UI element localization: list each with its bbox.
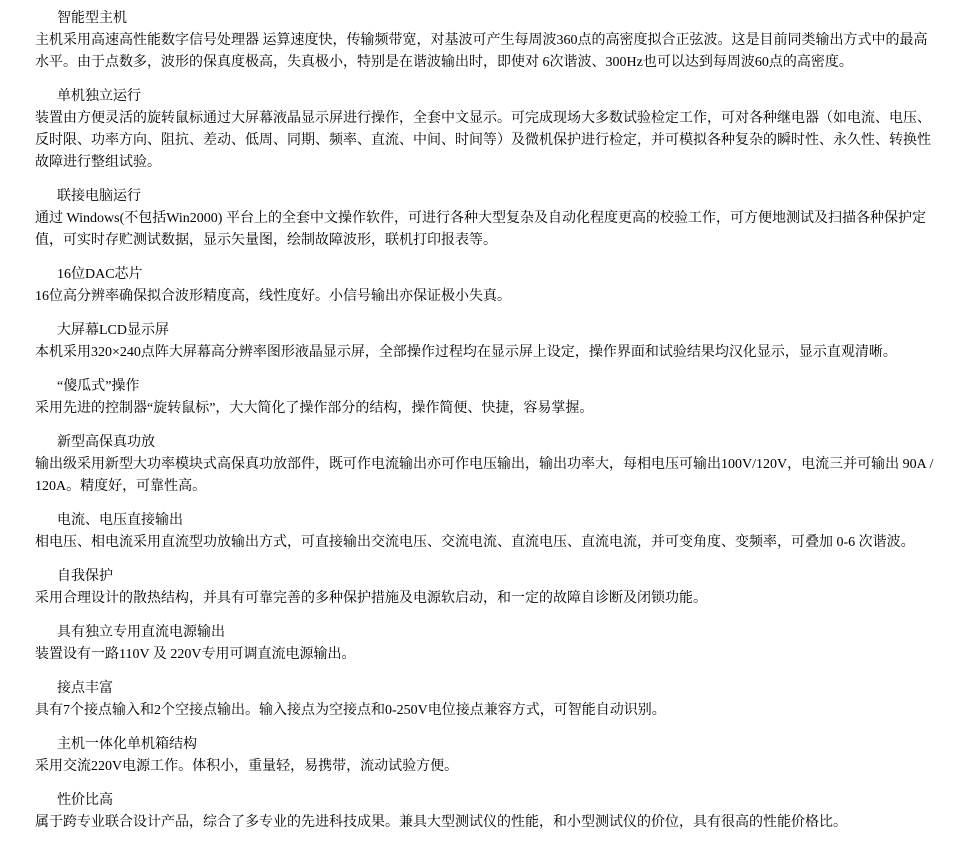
section-heading: 主机一体化单机箱结构 [35, 734, 941, 756]
section-heading: 接点丰富 [35, 678, 941, 700]
section-heading: 联接电脑运行 [35, 186, 941, 208]
feature-section-pc-connection: 联接电脑运行 通过 Windows(不包括Win2000) 平台上的全套中文操作… [35, 186, 941, 252]
feature-section-easy-operation: “傻瓜式”操作 采用先进的控制器“旋转鼠标”，大大简化了操作部分的结构，操作简便… [35, 376, 941, 420]
feature-section-integrated-chassis: 主机一体化单机箱结构 采用交流220V电源工作。体积小，重量轻，易携带，流动试验… [35, 734, 941, 778]
section-body: 具有7个接点输入和2个空接点输出。输入接点为空接点和0-250V电位接点兼容方式… [35, 700, 941, 722]
section-heading: 大屏幕LCD显示屏 [35, 320, 941, 342]
section-heading: 智能型主机 [35, 8, 941, 30]
section-heading: 电流、电压直接输出 [35, 510, 941, 532]
section-heading: 具有独立专用直流电源输出 [35, 622, 941, 644]
feature-section-cost-performance: 性价比高 属于跨专业联合设计产品，综合了多专业的先进科技成果。兼具大型测试仪的性… [35, 790, 941, 834]
section-body: 装置由方便灵活的旋转鼠标通过大屏幕液晶显示屏进行操作，全套中文显示。可完成现场大… [35, 108, 941, 174]
feature-section-hifi-amplifier: 新型高保真功放 输出级采用新型大功率模块式高保真功放部件，既可作电流输出亦可作电… [35, 432, 941, 498]
feature-section-self-protection: 自我保护 采用合理设计的散热结构，并具有可靠完善的多种保护措施及电源软启动，和一… [35, 566, 941, 610]
section-heading: 单机独立运行 [35, 86, 941, 108]
feature-section-smart-host: 智能型主机 主机采用高速高性能数字信号处理器 运算速度快，传输频带宽，对基波可产… [35, 8, 941, 74]
section-heading: 16位DAC芯片 [35, 264, 941, 286]
section-heading: 性价比高 [35, 790, 941, 812]
section-body: 属于跨专业联合设计产品，综合了多专业的先进科技成果。兼具大型测试仪的性能，和小型… [35, 812, 941, 834]
feature-document: 智能型主机 主机采用高速高性能数字信号处理器 运算速度快，传输频带宽，对基波可产… [0, 0, 977, 852]
section-body: 通过 Windows(不包括Win2000) 平台上的全套中文操作软件，可进行各… [35, 208, 941, 252]
section-body: 采用先进的控制器“旋转鼠标”，大大简化了操作部分的结构，操作简便、快捷，容易掌握… [35, 398, 941, 420]
section-body: 16位高分辨率确保拟合波形精度高，线性度好。小信号输出亦保证极小失真。 [35, 286, 941, 308]
section-body: 本机采用320×240点阵大屏幕高分辨率图形液晶显示屏，全部操作过程均在显示屏上… [35, 342, 941, 364]
feature-section-rich-contacts: 接点丰富 具有7个接点输入和2个空接点输出。输入接点为空接点和0-250V电位接… [35, 678, 941, 722]
section-body: 输出级采用新型大功率模块式高保真功放部件，既可作电流输出亦可作电压输出，输出功率… [35, 454, 941, 498]
feature-section-standalone-operation: 单机独立运行 装置由方便灵活的旋转鼠标通过大屏幕液晶显示屏进行操作，全套中文显示… [35, 86, 941, 174]
section-body: 装置设有一路110V 及 220V专用可调直流电源输出。 [35, 644, 941, 666]
section-body: 主机采用高速高性能数字信号处理器 运算速度快，传输频带宽，对基波可产生每周波36… [35, 30, 941, 74]
section-body: 采用合理设计的散热结构，并具有可靠完善的多种保护措施及电源软启动，和一定的故障自… [35, 588, 941, 610]
feature-section-dac-chip: 16位DAC芯片 16位高分辨率确保拟合波形精度高，线性度好。小信号输出亦保证极… [35, 264, 941, 308]
feature-section-dc-power-output: 具有独立专用直流电源输出 装置设有一路110V 及 220V专用可调直流电源输出… [35, 622, 941, 666]
feature-section-lcd-screen: 大屏幕LCD显示屏 本机采用320×240点阵大屏幕高分辨率图形液晶显示屏，全部… [35, 320, 941, 364]
section-body: 采用交流220V电源工作。体积小，重量轻，易携带，流动试验方便。 [35, 756, 941, 778]
section-heading: 自我保护 [35, 566, 941, 588]
feature-section-direct-output: 电流、电压直接输出 相电压、相电流采用直流型功放输出方式，可直接输出交流电压、交… [35, 510, 941, 554]
section-heading: “傻瓜式”操作 [35, 376, 941, 398]
section-body: 相电压、相电流采用直流型功放输出方式，可直接输出交流电压、交流电流、直流电压、直… [35, 532, 941, 554]
section-heading: 新型高保真功放 [35, 432, 941, 454]
